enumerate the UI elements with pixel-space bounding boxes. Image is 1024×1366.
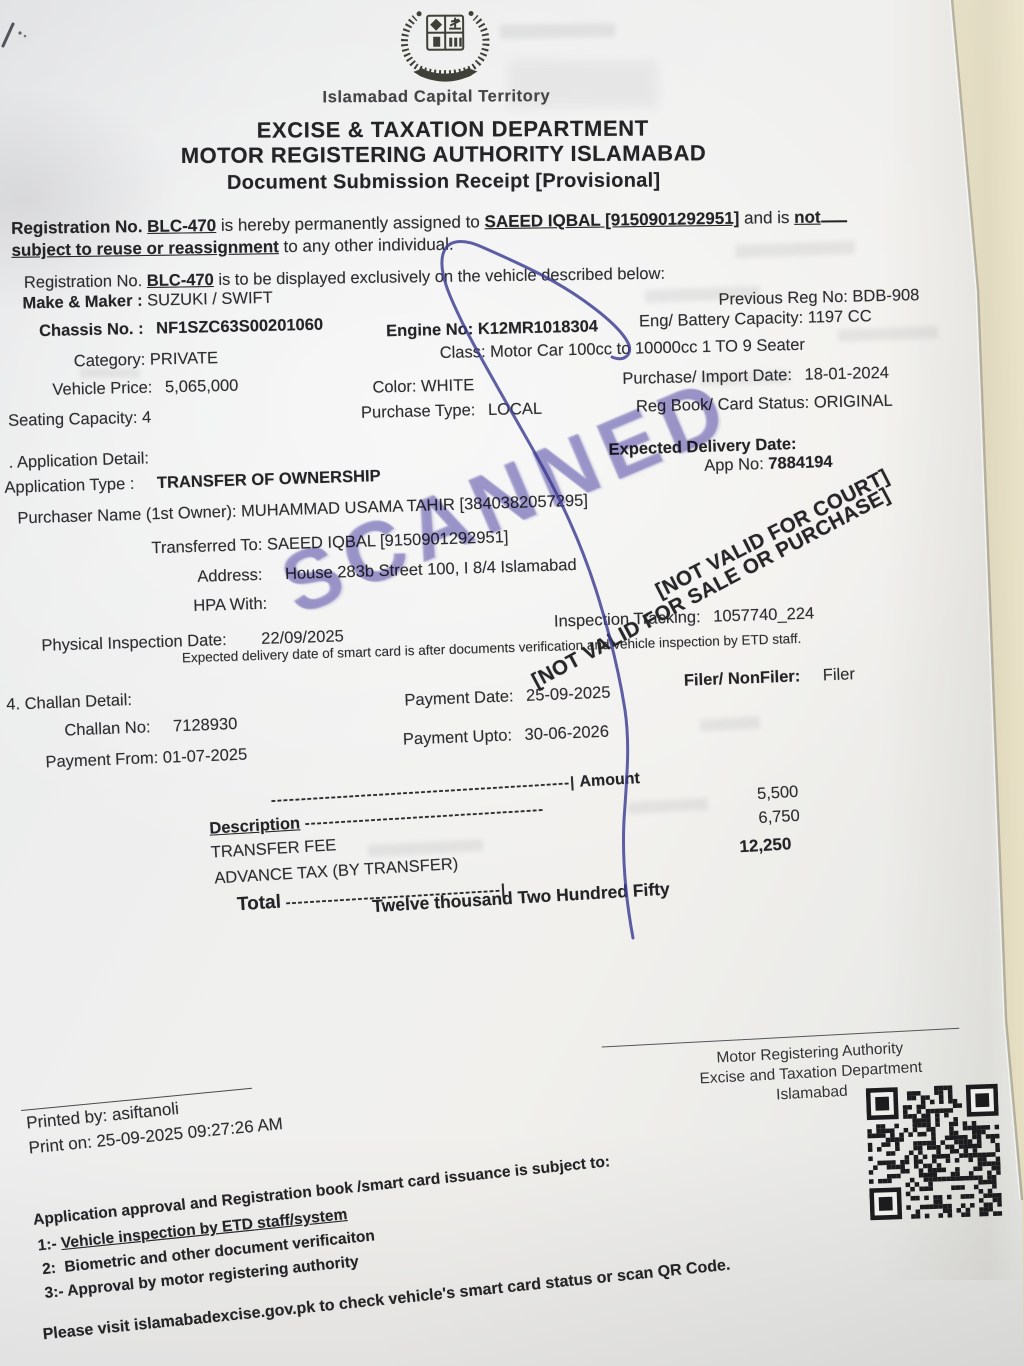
- amount-header: Amount: [579, 770, 640, 791]
- seating-field: Seating Capacity: 4: [8, 409, 152, 431]
- underline-tail: [820, 206, 846, 222]
- department-title: EXCISE & TAXATION DEPARTMENT: [257, 116, 649, 144]
- bleed-through-ghost: [500, 23, 615, 39]
- assignment-text: to any other individual.: [283, 235, 453, 256]
- authority-title: MOTOR REGISTERING AUTHORITY ISLAMABAD: [181, 140, 706, 169]
- hpa-field: HPA With:: [193, 595, 268, 616]
- document-title: Document Submission Receipt [Provisional…: [227, 170, 661, 195]
- territory-title: Islamabad Capital Territory: [322, 87, 550, 107]
- color-field: Color: WHITE: [372, 376, 474, 397]
- owner-name: SAEED IQBAL [9150901292951]: [484, 209, 739, 232]
- registration-number: BLC-470: [147, 216, 216, 236]
- not-word: not: [794, 208, 821, 227]
- category-field: Category: PRIVATE: [74, 349, 219, 371]
- qr-code-image: [866, 1078, 1003, 1227]
- registration-label: Registration No.: [11, 217, 143, 238]
- registration-label: Registration No.: [24, 272, 143, 292]
- assignment-text: and is: [744, 208, 790, 228]
- pakistan-emblem-logo: [393, 1, 497, 92]
- reuse-clause: subject to reuse or reassignment: [11, 237, 279, 260]
- registration-number: BLC-470: [147, 271, 214, 290]
- assignment-text: is hereby permanently assigned to: [221, 212, 480, 235]
